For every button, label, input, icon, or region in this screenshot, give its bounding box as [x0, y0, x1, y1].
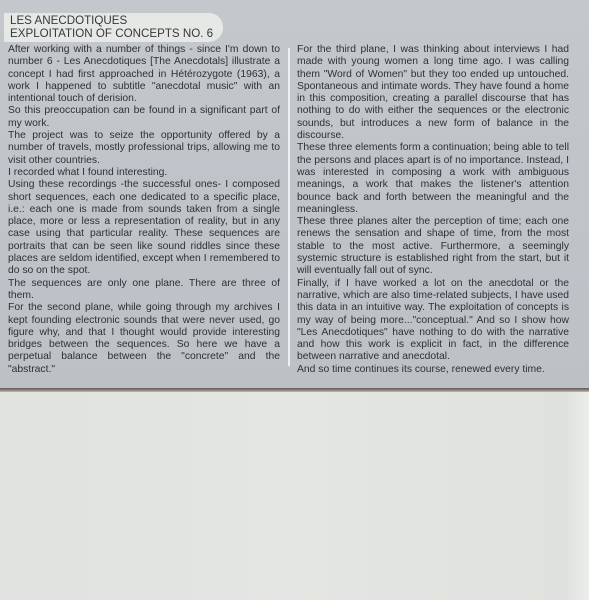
- blank-lower-area: [0, 392, 589, 600]
- column-divider: [288, 48, 290, 366]
- title-line-1: LES ANECDOTIQUES: [10, 14, 213, 27]
- paragraph: Finally, if I have worked a lot on the a…: [297, 278, 569, 364]
- paragraph: Using these recordings -the successful o…: [8, 179, 280, 277]
- paragraph: The sequences are only one plane. There …: [8, 278, 280, 303]
- text-panel: LES ANECDOTIQUES EXPLOITATION OF CONCEPT…: [0, 0, 589, 388]
- paragraph: And so time continues its course, renewe…: [297, 364, 569, 376]
- paragraph: These three planes alter the perception …: [297, 216, 569, 277]
- paragraph: After working with a number of things - …: [8, 44, 280, 105]
- paragraph: These three elements form a continuation…: [297, 142, 569, 216]
- paragraph: For the second plane, while going throug…: [8, 302, 280, 376]
- paragraph: So this preoccupation can be found in a …: [8, 105, 280, 130]
- right-column: For the third plane, I was thinking abou…: [297, 44, 569, 376]
- paragraph: I recorded what I found interesting.: [8, 167, 280, 179]
- paragraph: For the third plane, I was thinking abou…: [297, 44, 569, 142]
- booklet-page: LES ANECDOTIQUES EXPLOITATION OF CONCEPT…: [0, 0, 589, 600]
- title-label: LES ANECDOTIQUES EXPLOITATION OF CONCEPT…: [4, 13, 223, 42]
- title-line-2: EXPLOITATION OF CONCEPTS NO. 6: [10, 27, 213, 40]
- paragraph: The project was to seize the opportunity…: [8, 130, 280, 167]
- left-column: After working with a number of things - …: [8, 44, 280, 376]
